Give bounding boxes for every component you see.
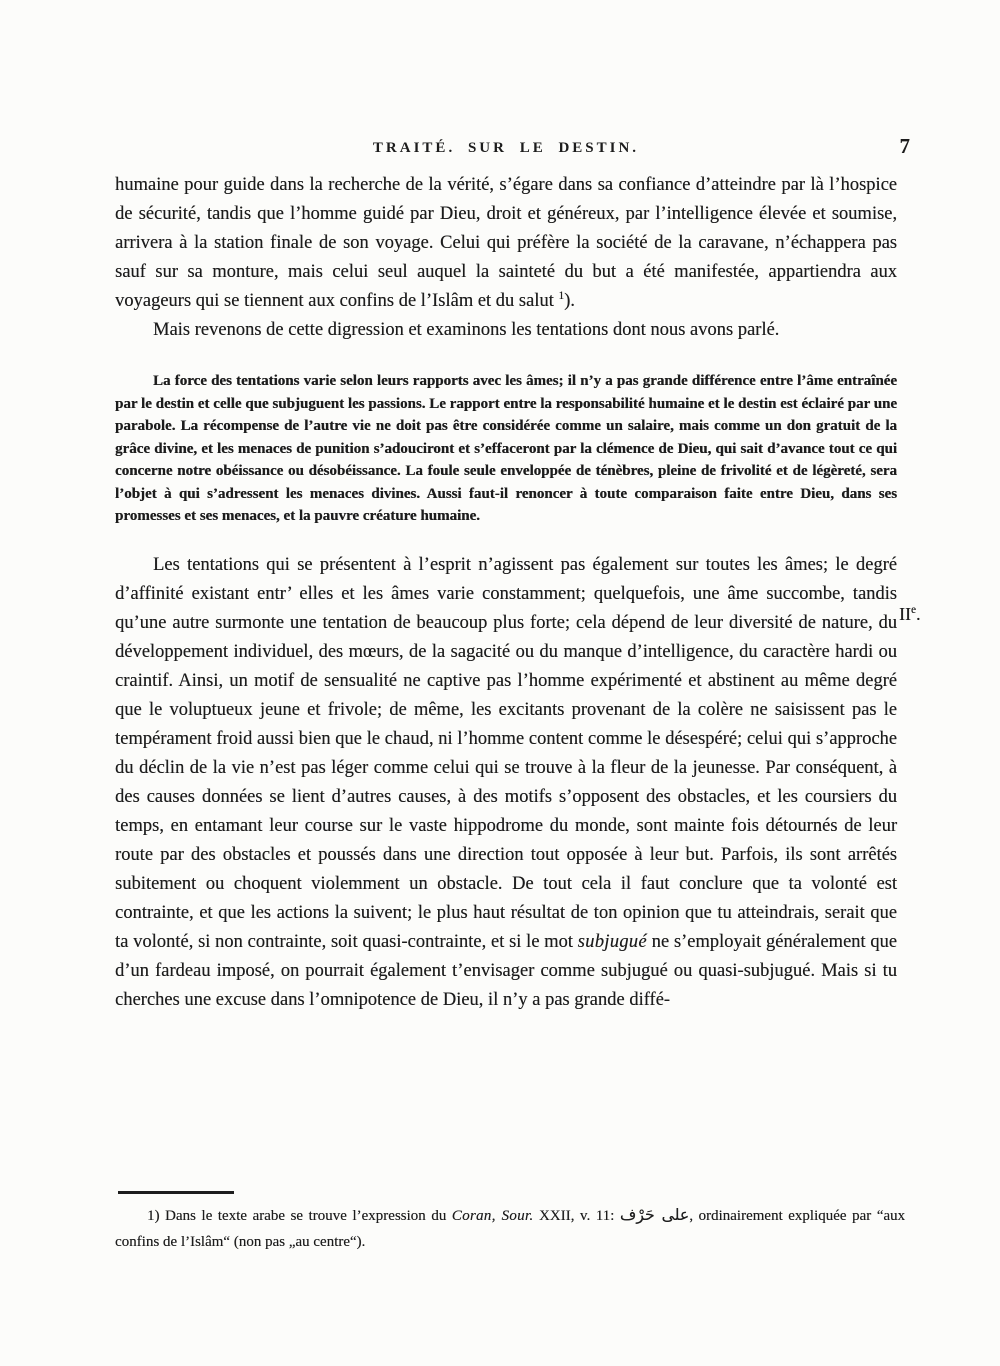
margin-note-punct: .: [916, 604, 921, 624]
paragraph-2: Mais revenons de cette digression et exa…: [115, 316, 897, 345]
margin-note-base: II: [899, 604, 911, 624]
footnote-1: 1) Dans le texte arabe se trouve l’expre…: [115, 1202, 905, 1255]
paragraph-summary-small: La force des tentations varie selon leur…: [115, 370, 897, 528]
running-head-title: TRAITÉ. SUR LE DESTIN.: [115, 140, 897, 157]
text-body: humaine pour guide dans la recherche de …: [115, 171, 897, 1015]
footnote-divider: [118, 1191, 234, 1194]
margin-section-note: IIe.: [899, 604, 920, 625]
page-number: 7: [880, 134, 910, 159]
paragraph-3: Les tentations qui se présentent à l’esp…: [115, 551, 897, 1015]
footnote-text: 1) Dans le texte arabe se trouve l’expre…: [115, 1202, 905, 1255]
paragraph-1: humaine pour guide dans la recherche de …: [115, 171, 897, 316]
scanned-book-page: TRAITÉ. SUR LE DESTIN. 7 humaine pour gu…: [0, 0, 1000, 1366]
